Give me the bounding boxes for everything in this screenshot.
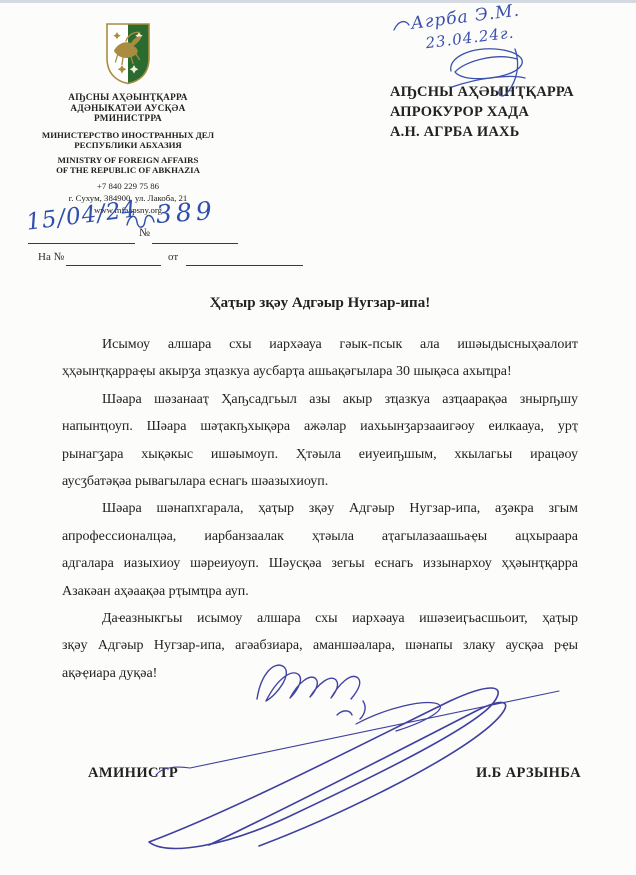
paragraph-2-line-3: рынагӡара хықәкыс ишәымоуп. Ҳтәыла еиуеи…	[62, 441, 578, 468]
addressee-block-line-2: АПРОКУРОР ХАДА	[390, 102, 574, 122]
ministry-name-abkhaz: АҦСНЫ АҲӘЫНҬҚАРРААДӘНЫҞАТӘИ АУСҚӘАРМИНИС…	[8, 92, 248, 124]
paragraph-4: Даҽазныкгьы исымоу алшара схы иархәауа и…	[62, 605, 578, 687]
scanner-edge-artifact	[0, 0, 636, 3]
letter-body: Исымоу алшара схы иархәауа гәык-псык ала…	[62, 331, 578, 687]
signer-title: АМИНИСТР	[88, 765, 178, 782]
ministry-name-english-line-1: MINISTRY OF FOREIGN AFFAIRS	[8, 155, 248, 165]
ministry-name-russian: МИНИСТЕРСТВО ИНОСТРАННЫХ ДЕЛРЕСПУБЛИКИ А…	[8, 130, 248, 150]
reply-from-label: от	[168, 251, 178, 263]
ministry-name-abkhaz-line-3: РМИНИСТРРА	[8, 113, 248, 124]
paragraph-4-line-3: ақәҿиара дуқәа!	[62, 660, 578, 687]
paragraph-3: Шәара шәнапхгарала, ҳаҭыр зқәу Адгәыр Ну…	[62, 495, 578, 605]
number-fill-line	[152, 243, 238, 244]
signer-name: И.Б АРЗЫНБА	[476, 765, 581, 782]
handwritten-resolution: Агрба Э.М. 23.04.24г.	[396, 1, 523, 56]
paragraph-3-line-1: Шәара шәнапхгарала, ҳаҭыр зқәу Адгәыр Ну…	[62, 495, 578, 522]
number-sign-label: №	[139, 227, 150, 239]
phone-number: +7 840 229 75 86	[8, 181, 248, 191]
reply-date-fill-line	[186, 265, 303, 266]
handwritten-outgoing-number: 389	[155, 196, 217, 229]
ministry-name-english-line-2: OF THE REPUBLIC OF ABKHAZIA	[8, 165, 248, 175]
ministry-name-english: MINISTRY OF FOREIGN AFFAIRSOF THE REPUBL…	[8, 155, 248, 175]
paragraph-2: Шәара шәзанааҭ Ҳаҧсадгьыл азы акыр зҵазк…	[62, 386, 578, 496]
date-fill-line	[28, 243, 135, 244]
paragraph-2-line-2: напынҵоуп. Шәара шәҭакҧхықәра ажәлар иах…	[62, 413, 578, 440]
ministry-name-abkhaz-line-1: АҦСНЫ АҲӘЫНҬҚАРРА	[8, 92, 248, 103]
paragraph-1-line-2: ҳҳәынҭқарраҿы акырӡа зҵазкуа аусбарҭа аш…	[62, 358, 578, 385]
reply-to-number-label: На №	[38, 251, 64, 263]
paragraph-4-line-2: зқәу Адгәыр Нугзар-ипа, агәабзиара, аман…	[62, 632, 578, 659]
paragraph-1-line-1: Исымоу алшара схы иархәауа гәык-псык ала…	[62, 331, 578, 358]
paragraph-3-line-2: апрофессионалцәа, иарбанзаалак ҳтәыла аҭ…	[62, 523, 578, 550]
ministry-name-abkhaz-line-2: АДӘНЫҞАТӘИ АУСҚӘА	[8, 103, 248, 114]
reply-number-fill-line	[66, 265, 161, 266]
paragraph-3-line-4: Азакәан аҳәаақәа рҭымҵра ауп.	[62, 578, 578, 605]
paragraph-2-line-4: аусӡбатәқәа рывагылара еснагь шәазыхиоуп…	[62, 468, 578, 495]
salutation: Ҳаҭыр зқәу Адгәыр Нугзар-ипа!	[62, 295, 578, 312]
scanned-letter-page: АҦСНЫ АҲӘЫНҬҚАРРААДӘНЫҞАТӘИ АУСҚӘАРМИНИС…	[0, 0, 636, 875]
paragraph-2-line-1: Шәара шәзанааҭ Ҳаҧсадгьыл азы акыр зҵазк…	[62, 386, 578, 413]
abkhazia-coat-of-arms-emblem	[105, 22, 151, 85]
addressee-block-line-1: АҦСНЫ АҲӘЫНҬҚАРРА	[390, 82, 574, 102]
letterhead: АҦСНЫ АҲӘЫНҬҚАРРААДӘНЫҞАТӘИ АУСҚӘАРМИНИС…	[8, 22, 248, 215]
ministry-name-russian-line-1: МИНИСТЕРСТВО ИНОСТРАННЫХ ДЕЛ	[8, 130, 248, 140]
paragraph-4-line-1: Даҽазныкгьы исымоу алшара схы иархәауа и…	[62, 605, 578, 632]
paragraph-3-line-3: адгалара иазыхиоу шәреиуоуп. Шәусқәа зег…	[62, 550, 578, 577]
paragraph-1: Исымоу алшара схы иархәауа гәык-псык ала…	[62, 331, 578, 386]
ministry-name-russian-line-2: РЕСПУБЛИКИ АБХАЗИЯ	[8, 140, 248, 150]
addressee-block-line-3: А.Н. АГРБА ИАХЬ	[390, 122, 574, 142]
addressee-block: АҦСНЫ АҲӘЫНҬҚАРРААПРОКУРОР ХАДАА.Н. АГРБ…	[390, 82, 574, 142]
